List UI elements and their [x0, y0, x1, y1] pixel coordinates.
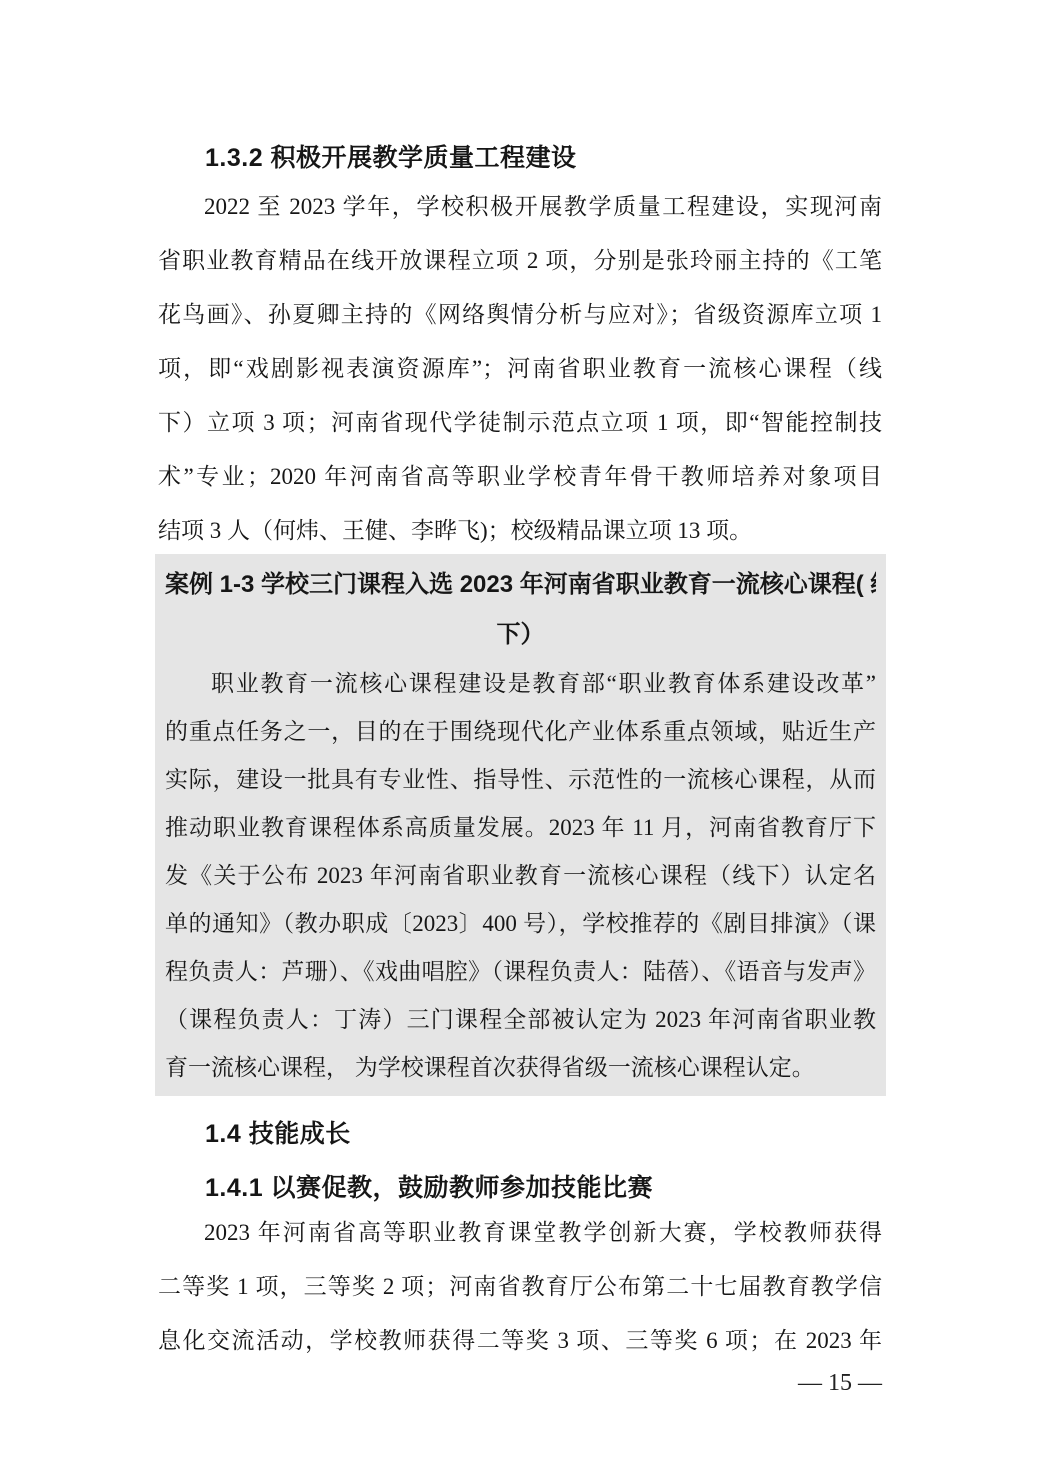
text-line: （课程负责人：丁涛）三门课程全部被认定为 2023 年河南省职业教 — [165, 996, 876, 1044]
text-line: 育一流核心课程， 为学校课程首次获得省级一流核心课程认定。 — [165, 1044, 876, 1092]
text-line: 实际，建设一批具有专业性、指导性、示范性的一流核心课程，从而 — [165, 756, 876, 804]
section-heading-1-3-2: 1.3.2 积极开展教学质量工程建设 — [205, 140, 577, 176]
case-box-title: 案例 1-3 学校三门课程入选 2023 年河南省职业教育一流核心课程( 线下） — [165, 560, 876, 660]
text-line: 省职业教育精品在线开放课程立项 2 项，分别是张玲丽主持的《工笔 — [158, 234, 882, 288]
text-line: 息化交流活动，学校教师获得二等奖 3 项、三等奖 6 项；在 2023 年 — [158, 1314, 882, 1368]
section-heading-1-4: 1.4 技能成长 — [205, 1116, 351, 1152]
text-line: 下） — [165, 610, 876, 660]
text-line: 下）立项 3 项；河南省现代学徒制示范点立项 1 项，即“智能控制技 — [158, 396, 882, 450]
text-line: 职业教育一流核心课程建设是教育部“职业教育体系建设改革” — [165, 660, 876, 708]
paragraph-teacher-competitions: 2023 年河南省高等职业教育课堂教学创新大赛，学校教师获得二等奖 1 项，三等… — [158, 1206, 882, 1368]
text-line: 推动职业教育课程体系高质量发展。2023 年 11 月，河南省教育厅下 — [165, 804, 876, 852]
case-box-body: 职业教育一流核心课程建设是教育部“职业教育体系建设改革”的重点任务之一，目的在于… — [165, 660, 876, 1092]
section-heading-1-4-1: 1.4.1 以赛促教，鼓励教师参加技能比赛 — [205, 1170, 653, 1206]
case-box-1-3: 案例 1-3 学校三门课程入选 2023 年河南省职业教育一流核心课程( 线下）… — [155, 554, 886, 1096]
text-line: 2023 年河南省高等职业教育课堂教学创新大赛，学校教师获得 — [158, 1206, 882, 1260]
text-line: 2022 至 2023 学年，学校积极开展教学质量工程建设，实现河南 — [158, 180, 882, 234]
text-line: 单的通知》（教办职成〔2023〕400 号），学校推荐的《剧目排演》（课 — [165, 900, 876, 948]
text-line: 结项 3 人（何炜、王健、李晔飞)；校级精品课立项 13 项。 — [158, 504, 882, 558]
page-number: — 15 — — [798, 1368, 882, 1398]
text-line: 程负责人：芦珊）、《戏曲唱腔》（课程负责人：陆蓓）、《语音与发声》 — [165, 948, 876, 996]
text-line: 的重点任务之一，目的在于围绕现代化产业体系重点领域，贴近生产 — [165, 708, 876, 756]
text-line: 二等奖 1 项，三等奖 2 项；河南省教育厅公布第二十七届教育教学信 — [158, 1260, 882, 1314]
text-line: 项，即“戏剧影视表演资源库”；河南省职业教育一流核心课程（线 — [158, 342, 882, 396]
text-line: 术”专业；2020 年河南省高等职业学校青年骨干教师培养对象项目 — [158, 450, 882, 504]
document-page: 1.3.2 积极开展教学质量工程建设 2022 至 2023 学年，学校积极开展… — [0, 0, 1041, 1472]
text-line: 发《关于公布 2023 年河南省职业教育一流核心课程（线下）认定名 — [165, 852, 876, 900]
text-line: 案例 1-3 学校三门课程入选 2023 年河南省职业教育一流核心课程( 线 — [165, 560, 876, 610]
paragraph-quality-projects: 2022 至 2023 学年，学校积极开展教学质量工程建设，实现河南省职业教育精… — [158, 180, 882, 558]
text-line: 花鸟画》、孙夏卿主持的《网络舆情分析与应对》；省级资源库立项 1 — [158, 288, 882, 342]
